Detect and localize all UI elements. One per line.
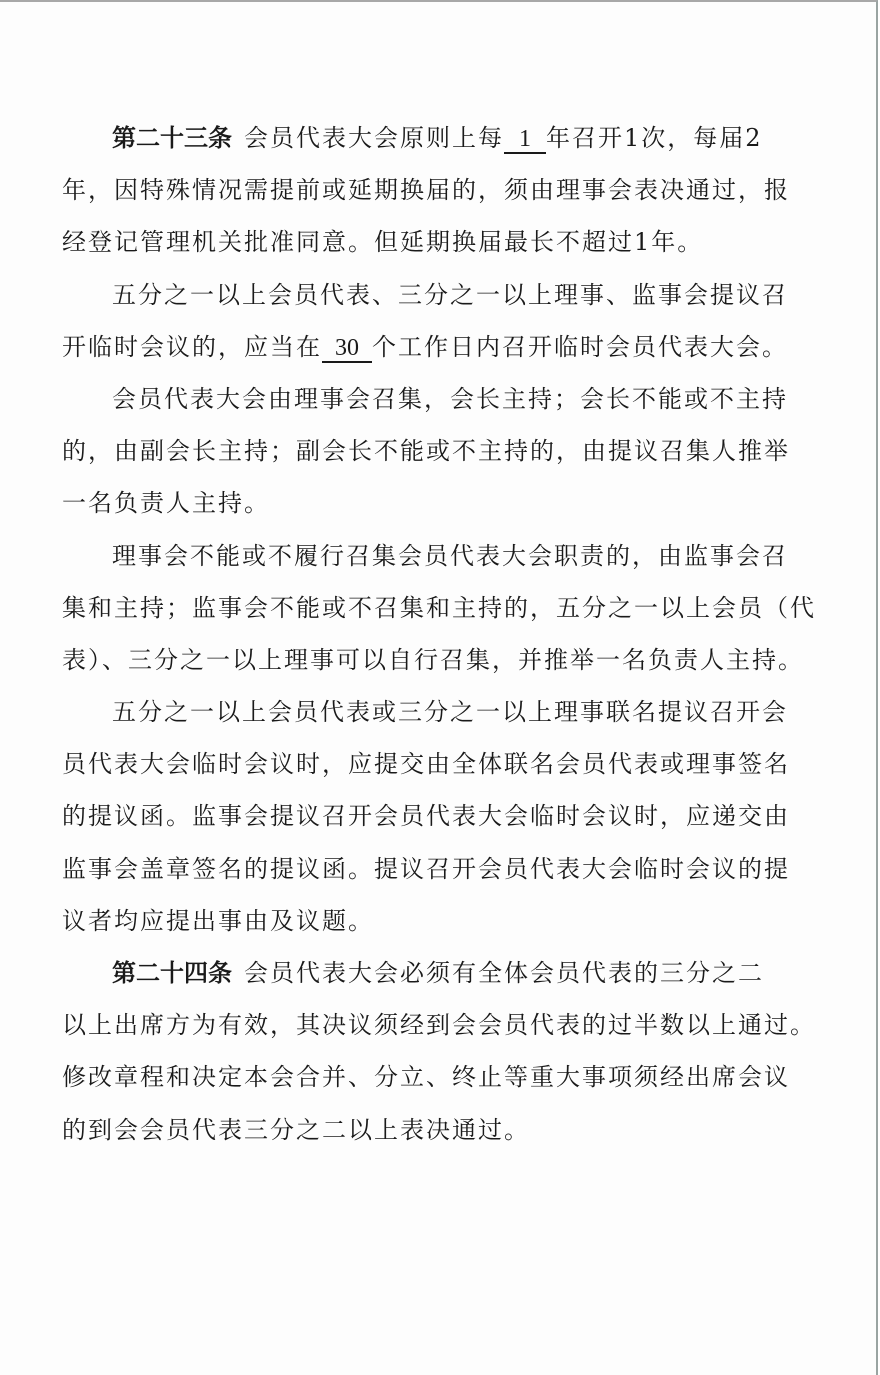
article-23-line-3: 经登记管理机关批准同意。但延期换届最长不超过1年。 [62,216,766,268]
text: 会员代表大会原则上每 [244,124,504,152]
article-23-line-2: 年，因特殊情况需提前或延期换届的，须由理事会表决通过，报 [62,164,766,216]
article-24-line-2: 以上出席方为有效，其决议须经到会会员代表的过半数以上通过。 [62,999,766,1051]
article-24-line-4: 的到会会员代表三分之二以上表决通过。 [62,1104,766,1156]
paragraph-5-line-2: 员代表大会临时会议时，应提交由全体联名会员代表或理事签名 [62,738,766,790]
text: 年召开1次，每届2 [546,124,763,152]
paragraph-4-line-2: 集和主持；监事会不能或不召集和主持的，五分之一以上会员（代 [62,582,766,634]
paragraph-5-line-3: 的提议函。监事会提议召开会员代表大会临时会议时，应递交由 [62,790,766,842]
paragraph-2-line-2: 开临时会议的，应当在30个工作日内召开临时会员代表大会。 [62,321,766,373]
paragraph-3-line-3: 一名负责人主持。 [62,477,766,529]
text: 个工作日内召开临时会员代表大会。 [372,333,788,361]
paragraph-5-line-1: 五分之一以上会员代表或三分之一以上理事联名提议召开会 [62,686,766,738]
article-23-title: 第二十三条 [112,124,232,152]
fill-blank-days: 30 [322,335,372,363]
document-body: 第二十三条会员代表大会原则上每1年召开1次，每届2 年，因特殊情况需提前或延期换… [62,112,766,1156]
fill-blank-years: 1 [504,126,546,154]
paragraph-3-line-2: 的，由副会长主持；副会长不能或不主持的，由提议召集人推举 [62,425,766,477]
article-24-title: 第二十四条 [112,959,232,987]
text: 会员代表大会必须有全体会员代表的三分之二 [244,959,764,987]
document-page: 第二十三条会员代表大会原则上每1年召开1次，每届2 年，因特殊情况需提前或延期换… [0,0,878,1375]
paragraph-5-line-4: 监事会盖章签名的提议函。提议召开会员代表大会临时会议的提 [62,843,766,895]
paragraph-4-line-3: 表）、三分之一以上理事可以自行召集，并推举一名负责人主持。 [62,634,766,686]
text: 开临时会议的，应当在 [62,333,322,361]
paragraph-4-line-1: 理事会不能或不履行召集会员代表大会职责的，由监事会召 [62,530,766,582]
article-24-line-3: 修改章程和决定本会合并、分立、终止等重大事项须经出席会议 [62,1051,766,1103]
paragraph-2-line-1: 五分之一以上会员代表、三分之一以上理事、监事会提议召 [62,269,766,321]
article-24-line-1: 第二十四条会员代表大会必须有全体会员代表的三分之二 [62,947,766,999]
paragraph-3-line-1: 会员代表大会由理事会召集，会长主持；会长不能或不主持 [62,373,766,425]
paragraph-5-line-5: 议者均应提出事由及议题。 [62,895,766,947]
article-23-line-1: 第二十三条会员代表大会原则上每1年召开1次，每届2 [62,112,766,164]
